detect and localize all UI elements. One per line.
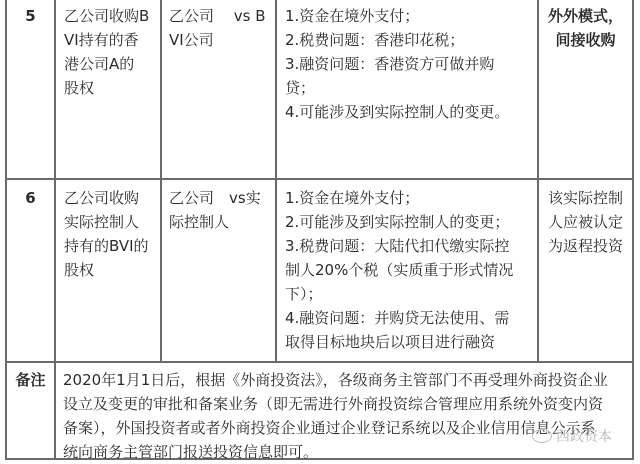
text-line: 该实际控制 — [539, 186, 632, 210]
text-line: 下）； — [285, 282, 535, 306]
text-line: 贷； — [285, 76, 535, 100]
watermark-text: 西政资本 — [556, 426, 612, 446]
text-line: 2020年1月1日后，根据《外商投资法》，各级商务主管部门不再受理外商投资企业 — [63, 368, 631, 392]
text-line: 设立及变更的审批和备案业务（即无需进行外商投资综合管理应用系统外资变内资 — [63, 392, 631, 416]
text-line: 乙公司 vs实 — [169, 186, 275, 210]
text-line: 持有的BVI的 — [64, 234, 160, 258]
text-line: 1.资金在境外支付； — [285, 4, 535, 28]
watermark: 西政资本 — [532, 426, 612, 446]
text-line: 乙公司 vs B — [169, 4, 275, 28]
text-line: 2.税费问题：香港印花税； — [285, 28, 535, 52]
text-line: 股权 — [64, 258, 160, 282]
text-line: 1.资金在境外支付； — [285, 186, 535, 210]
mode: 外外模式， 间接收购 — [539, 4, 632, 52]
text-line: 港公司A的 — [64, 52, 160, 76]
text-line: 制人20%个税（实质重于形式情况 — [285, 258, 535, 282]
text-line: VI持有的香 — [64, 28, 160, 52]
deal-description: 乙公司收购B VI持有的香 港公司A的 股权 — [64, 4, 160, 100]
deal-description: 乙公司收购 实际控制人 持有的BVI的 股权 — [64, 186, 160, 282]
text-line: 间接收购 — [539, 28, 632, 52]
notes-label: 备注 — [7, 368, 54, 392]
text-line: 乙公司收购B — [64, 4, 160, 28]
text-line: 外外模式， — [539, 4, 632, 28]
row-divider — [5, 361, 634, 363]
text-line: VI公司 — [169, 28, 275, 52]
row-divider — [5, 178, 634, 180]
issues: 1.资金在境外支付； 2.税费问题：香港印花税； 3.融资问题：香港资方可做并购… — [285, 4, 535, 124]
wechat-icon — [532, 429, 552, 443]
text-line: 4.融资问题：并购贷无法使用、需 — [285, 306, 535, 330]
row-number: 6 — [7, 186, 54, 210]
parties: 乙公司 vs实 际控制人 — [169, 186, 275, 234]
text-line: 4.可能涉及到实际控制人的变更。 — [285, 100, 535, 124]
text-line: 际控制人 — [169, 210, 275, 234]
text-line: 3.融资问题：香港资方可做并购 — [285, 52, 535, 76]
issues: 1.资金在境外支付； 2.可能涉及到实际控制人的变更； 3.税费问题：大陆代扣代… — [285, 186, 535, 354]
text-line: 人应被认定 — [539, 210, 632, 234]
text-line: 取得目标地块后以项目进行融资 — [285, 330, 535, 354]
text-line: 股权 — [64, 76, 160, 100]
column-divider — [537, 0, 539, 363]
column-divider — [275, 0, 277, 363]
row-number: 5 — [7, 4, 54, 28]
column-divider — [160, 0, 162, 363]
text-line: 为返程投资 — [539, 234, 632, 258]
mode: 该实际控制 人应被认定 为返程投资 — [539, 186, 632, 258]
text-line: 乙公司收购 — [64, 186, 160, 210]
column-divider — [54, 0, 56, 460]
comparison-table: 5 乙公司收购B VI持有的香 港公司A的 股权 乙公司 vs B VI公司 1… — [5, 0, 634, 461]
parties: 乙公司 vs B VI公司 — [169, 4, 275, 52]
text-line: 实际控制人 — [64, 210, 160, 234]
text-line: 2.可能涉及到实际控制人的变更； — [285, 210, 535, 234]
notes-text: 2020年1月1日后，根据《外商投资法》，各级商务主管部门不再受理外商投资企业 … — [63, 368, 631, 464]
text-line: 3.税费问题：大陆代扣代缴实际控 — [285, 234, 535, 258]
table-border-right — [632, 0, 634, 460]
